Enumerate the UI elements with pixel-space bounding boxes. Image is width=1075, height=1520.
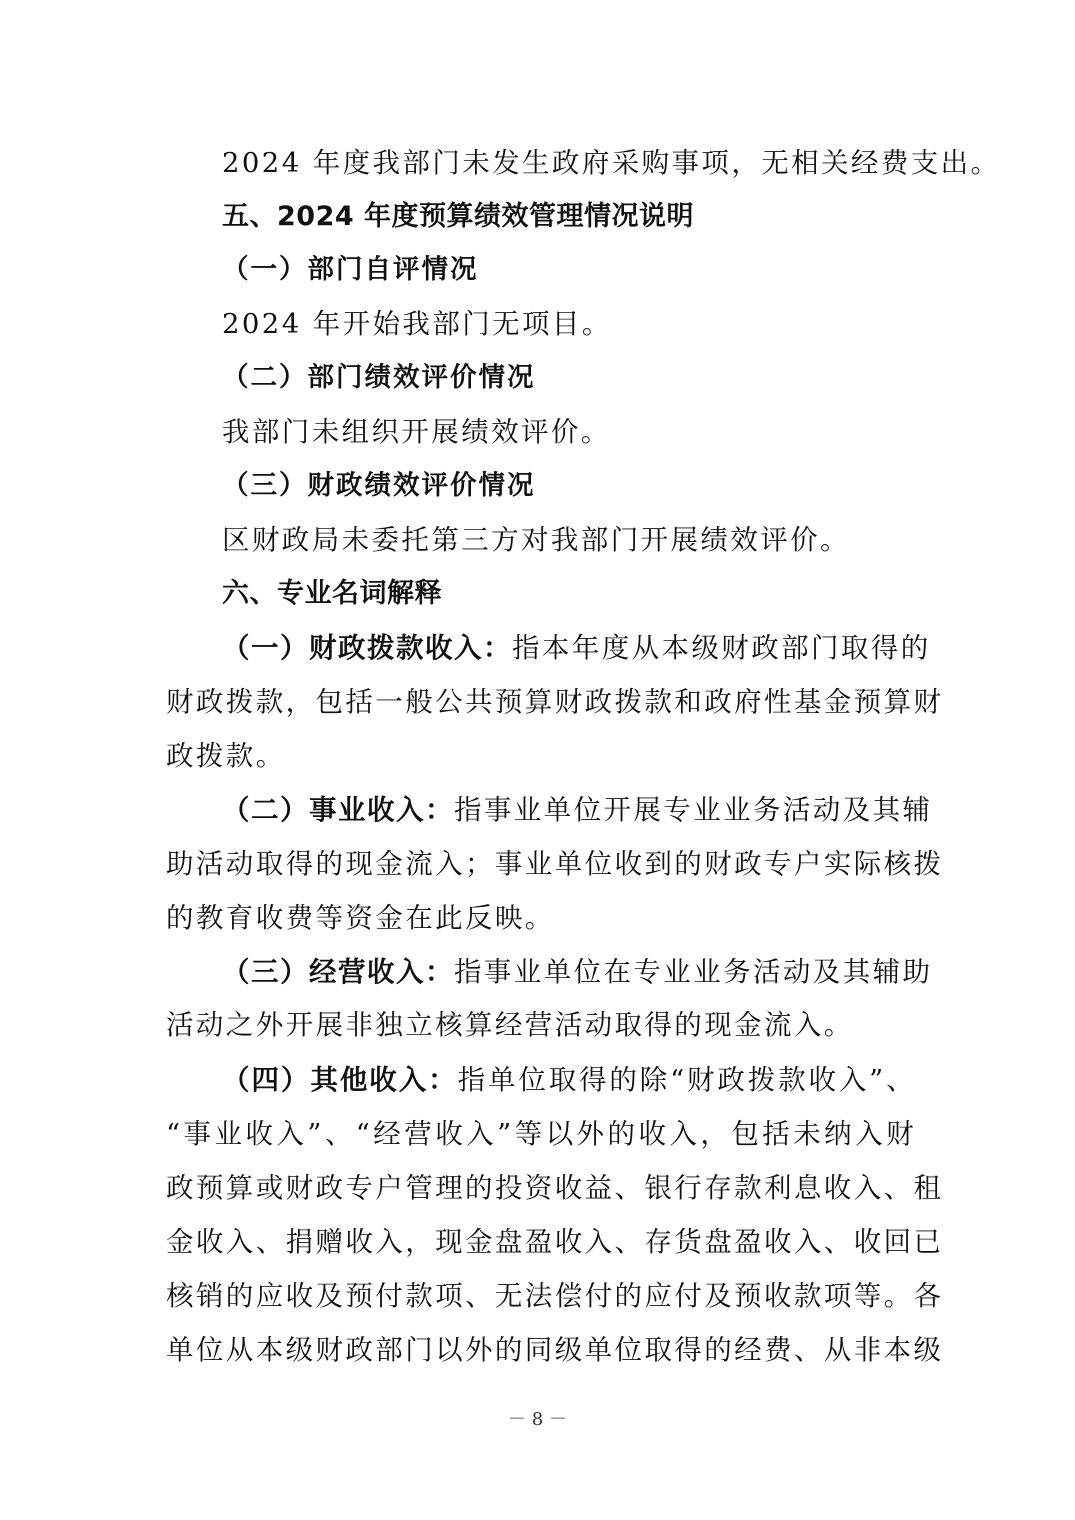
definition-line: 政拨款。 (166, 736, 916, 776)
definition-operating-income: （三）经营收入：指事业单位在专业业务活动及其辅助 (222, 952, 916, 992)
section-heading-5: 五、2024 年度预算绩效管理情况说明 (222, 197, 916, 237)
paragraph-no-third-party: 区财政局未委托第三方对我部门开展绩效评价。 (222, 520, 916, 560)
definition-other-income: （四）其他收入：指单位取得的除“财政拨款收入”、 (222, 1060, 916, 1100)
paragraph-procurement: 2024 年度我部门未发生政府采购事项，无相关经费支出。 (222, 143, 916, 183)
definition-line: “事业收入”、“经营收入”等以外的收入，包括未纳入财 (166, 1114, 916, 1154)
section-heading-6: 六、专业名词解释 (222, 574, 916, 614)
definition-line: 活动之外开展非独立核算经营活动取得的现金流入。 (166, 1005, 916, 1045)
term-label: （一）财政拨款收入： (222, 632, 512, 664)
definition-line: 单位从本级财政部门以外的同级单位取得的经费、从非本级 (166, 1330, 916, 1370)
definition-text: 指本年度从本级财政部门取得的 (512, 632, 931, 664)
term-label: （二）事业收入： (222, 794, 454, 826)
term-label: （四）其他收入： (222, 1064, 458, 1096)
definition-line: 财政拨款，包括一般公共预算财政拨款和政府性基金预算财 (166, 682, 916, 722)
definition-line: 核销的应收及预付款项、无法偿付的应付及预收款项等。各 (166, 1276, 916, 1316)
subheading-self-evaluation: （一）部门自评情况 (222, 250, 916, 290)
definition-line: 金收入、捐赠收入，现金盘盈收入、存货盘盈收入、收回已 (166, 1222, 916, 1262)
definition-line: 的教育收费等资金在此反映。 (166, 898, 916, 938)
definition-business-income: （二）事业收入：指事业单位开展专业业务活动及其辅 (222, 790, 916, 830)
paragraph-no-dept-evaluation: 我部门未组织开展绩效评价。 (222, 412, 916, 452)
definition-line: 政预算或财政专户管理的投资收益、银行存款利息收入、租 (166, 1168, 916, 1208)
definition-fiscal-appropriation: （一）财政拨款收入：指本年度从本级财政部门取得的 (222, 628, 916, 668)
definition-text: 指事业单位开展专业业务活动及其辅 (454, 794, 932, 826)
definition-text: 指单位取得的除“财政拨款收入”、 (458, 1064, 916, 1096)
subheading-finance-evaluation: （三）财政绩效评价情况 (222, 466, 916, 506)
subheading-dept-evaluation: （二）部门绩效评价情况 (222, 358, 916, 398)
page-number: － 8 － (0, 1405, 1075, 1431)
definition-text: 指事业单位在专业业务活动及其辅助 (454, 956, 932, 988)
definition-line: 助活动取得的现金流入；事业单位收到的财政专户实际核拨 (166, 844, 916, 884)
paragraph-no-projects: 2024 年开始我部门无项目。 (222, 304, 916, 344)
term-label: （三）经营收入： (222, 956, 454, 988)
